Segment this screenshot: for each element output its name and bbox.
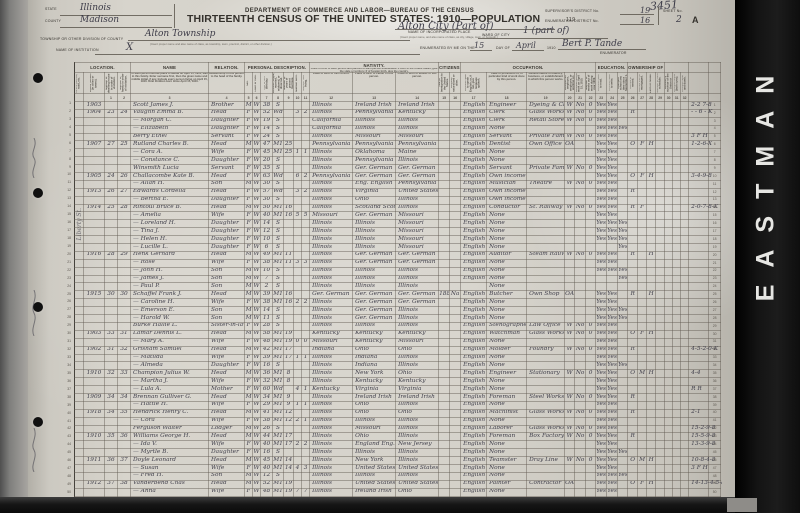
table-cell (575, 441, 586, 449)
table-cell: W (253, 488, 261, 496)
table-cell (118, 259, 131, 267)
enumeration-month: April (516, 41, 536, 50)
table-cell (689, 291, 709, 299)
table-cell: F (638, 480, 647, 488)
table-cell: 23 (105, 109, 118, 117)
table-cell: M1 (273, 291, 284, 299)
table-cell: 40 (261, 212, 273, 220)
table-cell (294, 433, 302, 441)
table-cell (647, 125, 656, 133)
table-cell: Wife (209, 417, 245, 425)
table-cell (439, 346, 450, 354)
name-cell: Doyle Leonard (131, 457, 209, 465)
table-cell (105, 133, 118, 141)
table-cell: Daughter (209, 244, 245, 252)
table-cell (302, 117, 310, 125)
table-cell: 0 (586, 165, 596, 173)
table-cell (439, 433, 450, 441)
table-cell (575, 472, 586, 480)
table-cell: No (575, 117, 586, 125)
table-cell: Yes (596, 330, 607, 338)
table-cell: 32 (105, 370, 118, 378)
name-cell: Henk Gerhard (131, 251, 209, 259)
table-cell (294, 180, 302, 188)
table-cell (294, 315, 302, 323)
table-cell (575, 291, 586, 299)
table-cell: 1 (302, 401, 310, 409)
table-cell (638, 275, 647, 283)
table-cell: No (575, 425, 586, 433)
table-cell: 36 (118, 433, 131, 441)
table-cell (689, 338, 709, 346)
table-cell (618, 417, 628, 425)
line-number: 6 (60, 140, 71, 148)
table-cell (284, 275, 294, 283)
table-cell: W (565, 433, 575, 441)
table-cell: W (253, 409, 261, 417)
table-cell (294, 125, 302, 133)
table-cell: Yes (596, 409, 607, 417)
table-row: 19072725Rutland Charles B.HeadMW47M125Pe… (75, 141, 721, 149)
name-cell: — Tina J. (131, 228, 209, 236)
table-cell: Stationary (527, 370, 565, 378)
table-cell (75, 386, 84, 394)
table-cell (681, 354, 689, 362)
rule (95, 54, 420, 55)
column-number: 12 (310, 94, 353, 102)
table-cell (586, 441, 596, 449)
table-cell: 40 (261, 441, 273, 449)
table-cell: None (487, 220, 527, 228)
table-cell: English (461, 378, 487, 386)
table-cell: F (638, 204, 647, 212)
table-cell (105, 125, 118, 133)
table-cell: Virginia (396, 386, 439, 394)
table-cell (618, 283, 628, 291)
table-cell (575, 307, 586, 315)
table-cell (681, 330, 689, 338)
table-cell (450, 330, 461, 338)
table-cell (628, 275, 638, 283)
table-cell: 2-2 7-8 (689, 102, 709, 110)
table-cell: Illinois (396, 315, 439, 323)
film-edge (0, 0, 28, 513)
table-cell (118, 228, 131, 236)
table-cell (586, 338, 596, 346)
table-cell (681, 307, 689, 315)
table-cell: H (647, 457, 656, 465)
table-cell (284, 196, 294, 204)
table-cell (575, 244, 586, 252)
table-cell: Yes (596, 472, 607, 480)
table-cell (439, 330, 450, 338)
table-cell: R (628, 251, 638, 259)
name-cell: — Bertha E. (131, 196, 209, 204)
table-cell: Yes (607, 307, 618, 315)
table-cell: Missouri (396, 220, 439, 228)
table-cell: Yes (596, 480, 607, 488)
table-cell: Ohio (396, 370, 439, 378)
table-cell: None (487, 338, 527, 346)
table-cell (681, 433, 689, 441)
table-cell (302, 378, 310, 386)
table-cell (84, 244, 105, 252)
table-row: 19113637Doyle LeonardHeadMW45M114Illinoi… (75, 457, 721, 465)
table-cell (118, 212, 131, 220)
table-cell: 0 (586, 457, 596, 465)
table-cell (618, 338, 628, 346)
table-cell (302, 370, 310, 378)
table-cell (673, 141, 681, 149)
table-cell: Yes (596, 196, 607, 204)
table-cell (586, 141, 596, 149)
table-cell: Yes (618, 228, 628, 236)
table-cell: M1 (273, 141, 284, 149)
table-cell: W (253, 283, 261, 291)
table-cell: 38 (261, 417, 273, 425)
table-cell (638, 378, 647, 386)
table-cell (294, 378, 302, 386)
table-cell: Illinois (396, 433, 439, 441)
township-value: Alton Township (145, 29, 215, 39)
table-cell: 57 (261, 188, 273, 196)
table-cell: M1 (273, 488, 284, 496)
table-cell: 2 (261, 283, 273, 291)
table-cell: Yes (607, 425, 618, 433)
table-row: 19183435Hendrick Henry C.HeadMW41M112Ill… (75, 409, 721, 417)
table-cell (575, 212, 586, 220)
table-cell: Illinois (310, 417, 353, 425)
table-cell (638, 322, 647, 330)
table-cell: 16 (284, 204, 294, 212)
table-cell (294, 165, 302, 173)
table-cell (84, 212, 105, 220)
table-cell: 39 (261, 291, 273, 299)
table-cell (681, 109, 689, 117)
table-cell (439, 180, 450, 188)
table-cell: F (638, 141, 647, 149)
table-cell: Yes (607, 251, 618, 259)
line-number: 44 (60, 441, 71, 449)
column-subhead: Street, avenue, road, etc. (75, 73, 84, 94)
table-cell (681, 291, 689, 299)
line-number: 20 (60, 251, 71, 259)
line-number: 36 (60, 378, 71, 386)
table-cell: Engineer (487, 102, 527, 110)
column-number: 8 (273, 94, 284, 102)
table-cell (284, 425, 294, 433)
column-number: 26 (628, 94, 638, 102)
table-cell: W (253, 449, 261, 457)
table-cell (302, 283, 310, 291)
line-number: 37 (60, 386, 71, 394)
table-cell: Ger. German (353, 165, 396, 173)
table-cell: English (461, 480, 487, 488)
line-number-cell: 20 (709, 251, 721, 259)
table-cell: Head (209, 480, 245, 488)
name-cell: Vanderbend Chas (131, 480, 209, 488)
table-cell (84, 425, 105, 433)
table-cell: 37 (118, 457, 131, 465)
table-cell (596, 244, 607, 252)
table-cell: English (461, 449, 487, 457)
table-cell (673, 472, 681, 480)
table-cell: Yes (596, 141, 607, 149)
table-cell (118, 417, 131, 425)
table-cell (450, 102, 461, 110)
table-cell: No (575, 393, 586, 401)
table-cell (656, 180, 665, 188)
table-cell: Head (209, 291, 245, 299)
table-cell: 7 (261, 275, 273, 283)
table-cell (673, 464, 681, 472)
table-cell: O (628, 330, 638, 338)
table-cell (75, 267, 84, 275)
table-cell: None (487, 464, 527, 472)
table-cell: Pennsylvania (310, 141, 353, 149)
table-cell (84, 417, 105, 425)
table-cell: 38 (261, 102, 273, 110)
table-cell (665, 180, 673, 188)
table-cell: Illinois (310, 236, 353, 244)
column-subhead: House number (in cities or towns). (84, 73, 105, 94)
table-cell: F (245, 165, 253, 173)
table-cell: 0 (586, 117, 596, 125)
table-cell (618, 409, 628, 417)
table-cell: Illinois (310, 370, 353, 378)
table-cell (586, 157, 596, 165)
table-cell (575, 196, 586, 204)
table-cell (439, 251, 450, 259)
table-cell: Glass Works (527, 425, 565, 433)
table-cell: 0 (586, 370, 596, 378)
table-cell: Wd (273, 188, 284, 196)
table-cell: 12 (261, 472, 273, 480)
table-cell: Watchman (487, 330, 527, 338)
table-cell (450, 338, 461, 346)
table-cell: W (253, 393, 261, 401)
line-number: 12 (60, 187, 71, 195)
table-cell (294, 141, 302, 149)
table-cell: M (245, 102, 253, 110)
table-cell: None (487, 307, 527, 315)
table-cell (681, 125, 689, 133)
table-cell: Lodger (209, 425, 245, 433)
table-cell: Yes (607, 141, 618, 149)
table-cell: M (245, 291, 253, 299)
table-cell (689, 244, 709, 252)
table-cell: Son (209, 180, 245, 188)
line-number-cell: 31 (709, 338, 721, 346)
table-cell (665, 378, 673, 386)
table-cell (665, 307, 673, 315)
table-cell (118, 236, 131, 244)
name-cell: Challacombe Kate B. (131, 173, 209, 181)
column-subhead: Whether naturalized or alien. (450, 73, 461, 94)
table-cell (527, 464, 565, 472)
table-cell: W (253, 417, 261, 425)
table-cell (656, 409, 665, 417)
table-cell: 3 F H (689, 133, 709, 141)
table-cell (656, 259, 665, 267)
table-cell (105, 401, 118, 409)
table-cell: Indiana (353, 362, 396, 370)
table-cell (681, 244, 689, 252)
table-cell: M (638, 457, 647, 465)
table-cell (638, 472, 647, 480)
name-cell: — Hattie H. (131, 401, 209, 409)
table-cell: Yes (607, 315, 618, 323)
line-number: 46 (60, 457, 71, 465)
table-cell (673, 149, 681, 157)
table-cell (673, 102, 681, 110)
table-cell (450, 393, 461, 401)
table-cell: Yes (607, 457, 618, 465)
name-cell: Brennan Gulliver G. (131, 393, 209, 401)
table-cell (302, 472, 310, 480)
table-cell: 11 (261, 315, 273, 323)
table-cell (618, 433, 628, 441)
table-cell: United States (396, 188, 439, 196)
column-subhead: Whether able to speak English; or, if no… (461, 73, 487, 94)
table-cell: Yes (607, 165, 618, 173)
table-cell (294, 449, 302, 457)
table-row: — Helen H.DaughterFW10SIllinoisIllinoisM… (75, 236, 721, 244)
line-number-cell: 37 (709, 386, 721, 394)
rule (558, 49, 646, 50)
table-cell (527, 299, 565, 307)
table-cell (673, 157, 681, 165)
column-number (75, 94, 84, 102)
table-cell (681, 338, 689, 346)
name-cell: — Elizabeth (131, 125, 209, 133)
table-cell: Yes (596, 307, 607, 315)
table-cell: Eng. English (353, 180, 396, 188)
table-cell: Yes (618, 449, 628, 457)
table-cell: Illinois (310, 401, 353, 409)
table-cell: Illinois (353, 236, 396, 244)
table-cell (681, 425, 689, 433)
table-cell (638, 102, 647, 110)
table-cell: 13-3-9-8 (689, 441, 709, 449)
table-cell: Yes (596, 322, 607, 330)
table-cell (647, 464, 656, 472)
table-cell: R (628, 109, 638, 117)
name-cell: — John H. (131, 267, 209, 275)
table-cell: United States (353, 480, 396, 488)
table-cell (75, 488, 84, 496)
table-cell: Clerk (487, 117, 527, 125)
table-cell: F (245, 441, 253, 449)
table-row: — Harold W.SonMW11SIllinoisGer. GermanIl… (75, 315, 721, 323)
table-cell (565, 449, 575, 457)
table-cell: Kentucky (310, 386, 353, 394)
table-cell (586, 307, 596, 315)
table-cell (638, 125, 647, 133)
table-cell (75, 228, 84, 236)
table-cell: Yes (607, 149, 618, 157)
table-cell: Yes (607, 409, 618, 417)
table-cell: No (575, 204, 586, 212)
line-number-cell: 3 (709, 117, 721, 125)
table-cell: 2-1 (689, 409, 709, 417)
name-cell: — Emerson E. (131, 307, 209, 315)
table-cell: 2-0-7-8-K (689, 204, 709, 212)
column-group: NATIVITY.Place of birth of each person a… (310, 63, 439, 73)
table-cell (628, 283, 638, 291)
table-cell: 36 (261, 370, 273, 378)
table-cell (105, 338, 118, 346)
table-cell (689, 228, 709, 236)
rule (470, 50, 492, 51)
table-cell: Yes (607, 401, 618, 409)
table-cell (118, 220, 131, 228)
table-row: — SusanWifeFW40M11443IllinoisUnited Stat… (75, 464, 721, 472)
table-cell: 2 (302, 109, 310, 117)
table-cell (586, 464, 596, 472)
table-cell: English (461, 346, 487, 354)
table-cell: 37 (105, 480, 118, 488)
table-cell: Servant (487, 165, 527, 173)
column-number (84, 94, 105, 102)
table-cell: English (461, 204, 487, 212)
table-cell: W (253, 299, 261, 307)
table-cell: 35 (261, 165, 273, 173)
table-cell (75, 117, 84, 125)
table-cell: Yes (596, 401, 607, 409)
table-cell (450, 386, 461, 394)
table-cell: Kentucky (353, 338, 396, 346)
table-cell (689, 378, 709, 386)
table-cell (586, 299, 596, 307)
table-cell (638, 236, 647, 244)
table-cell: W (253, 370, 261, 378)
table-cell (575, 188, 586, 196)
table-cell (607, 244, 618, 252)
table-cell: English (461, 441, 487, 449)
table-cell: 12 (284, 409, 294, 417)
table-cell (439, 236, 450, 244)
table-cell: Yes (607, 236, 618, 244)
table-cell: 11 (284, 251, 294, 259)
table-cell (302, 125, 310, 133)
table-cell: Yes (607, 157, 618, 165)
table-row: — Myrtle B.DaughterFW16SIllinoisIllinois… (75, 449, 721, 457)
table-cell: Yes (596, 180, 607, 188)
table-cell (302, 102, 310, 110)
table-cell (75, 354, 84, 362)
table-cell (618, 165, 628, 173)
table-cell: 2 (294, 441, 302, 449)
table-cell: English (461, 165, 487, 173)
table-cell: Kentucky (396, 330, 439, 338)
table-cell (565, 354, 575, 362)
table-cell (656, 133, 665, 141)
table-cell (673, 259, 681, 267)
name-cell: — Rose (131, 259, 209, 267)
table-cell: Yes (607, 117, 618, 125)
table-cell (618, 425, 628, 433)
table-cell (647, 393, 656, 401)
table-row: 19142528Rintoul Bruce B.HeadMW50M116Illi… (75, 204, 721, 212)
table-cell: United States (396, 464, 439, 472)
table-cell: 3 (302, 259, 310, 267)
column-subhead: Number now living. (302, 73, 310, 94)
table-cell: S (273, 315, 284, 323)
table-cell (618, 117, 628, 125)
table-cell (586, 173, 596, 181)
table-cell: United States (396, 480, 439, 488)
